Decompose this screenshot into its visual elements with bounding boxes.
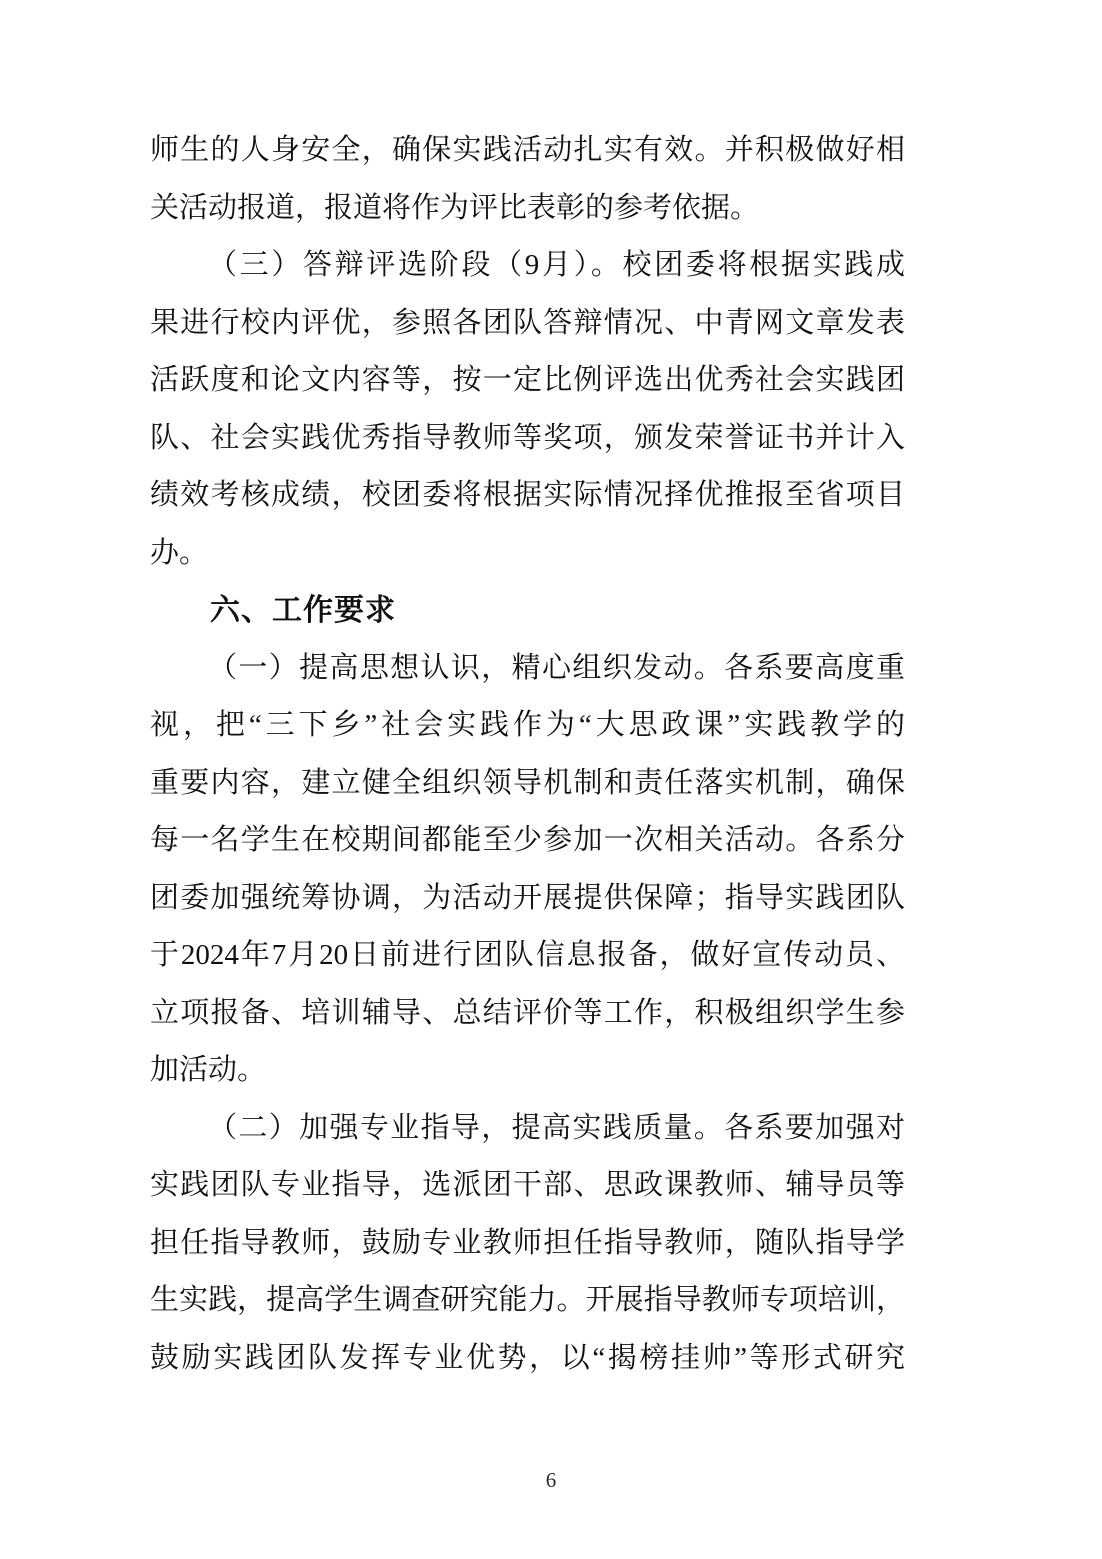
section-heading: 六、工作要求	[150, 582, 905, 640]
section-heading-block: 六、工作要求	[150, 582, 905, 640]
paragraph-stage-three: （三）答辩评选阶段（9月）。校团委将根据实践成 果进行校内评优，参照各团队答辩情…	[150, 237, 905, 582]
text-line: 队、社会实践优秀指导教师等奖项，颁发荣誉证书并计入	[150, 410, 905, 468]
text-line: 师生的人身安全，确保实践活动扎实有效。并积极做好相	[150, 122, 905, 180]
text-line: 立项报备、培训辅导、总结评价等工作，积极组织学生参	[150, 985, 905, 1043]
document-body: 师生的人身安全，确保实践活动扎实有效。并积极做好相 关活动报道，报道将作为评比表…	[150, 122, 905, 1387]
text-line: 办。	[150, 525, 905, 583]
text-line: 团委加强统筹协调，为活动开展提供保障；指导实践团队	[150, 870, 905, 928]
text-line: 生实践，提高学生调查研究能力。开展指导教师专项培训，	[150, 1272, 905, 1330]
text-line: 活跃度和论文内容等，按一定比例评选出优秀社会实践团	[150, 352, 905, 410]
text-line: （三）答辩评选阶段（9月）。校团委将根据实践成	[150, 237, 905, 295]
text-line: （二）加强专业指导，提高实践质量。各系要加强对	[150, 1100, 905, 1158]
text-line: 担任指导教师，鼓励专业教师担任指导教师，随队指导学	[150, 1215, 905, 1273]
paragraph-requirement-two: （二）加强专业指导，提高实践质量。各系要加强对 实践团队专业指导，选派团干部、思…	[150, 1100, 905, 1388]
paragraph-continuation: 师生的人身安全，确保实践活动扎实有效。并积极做好相 关活动报道，报道将作为评比表…	[150, 122, 905, 237]
text-line: 重要内容，建立健全组织领导机制和责任落实机制，确保	[150, 755, 905, 813]
text-line: 果进行校内评优，参照各团队答辩情况、中青网文章发表	[150, 295, 905, 353]
text-line: 视，把“三下乡”社会实践作为“大思政课”实践教学的	[150, 697, 905, 755]
text-line: 绩效考核成绩，校团委将根据实际情况择优推报至省项目	[150, 467, 905, 525]
text-line: 实践团队专业指导，选派团干部、思政课教师、辅导员等	[150, 1157, 905, 1215]
text-line: 每一名学生在校期间都能至少参加一次相关活动。各系分	[150, 812, 905, 870]
text-line: 加活动。	[150, 1042, 905, 1100]
text-line: 鼓励实践团队发挥专业优势，以“揭榜挂帅”等形式研究	[150, 1330, 905, 1388]
text-line: 于2024年7月20日前进行团队信息报备，做好宣传动员、	[150, 927, 905, 985]
document-page: 师生的人身安全，确保实践活动扎实有效。并积极做好相 关活动报道，报道将作为评比表…	[0, 0, 1102, 1559]
text-line: 关活动报道，报道将作为评比表彰的参考依据。	[150, 180, 905, 238]
text-line: （一）提高思想认识，精心组织发动。各系要高度重	[150, 640, 905, 698]
page-number: 6	[0, 1466, 1102, 1494]
paragraph-requirement-one: （一）提高思想认识，精心组织发动。各系要高度重 视，把“三下乡”社会实践作为“大…	[150, 640, 905, 1100]
